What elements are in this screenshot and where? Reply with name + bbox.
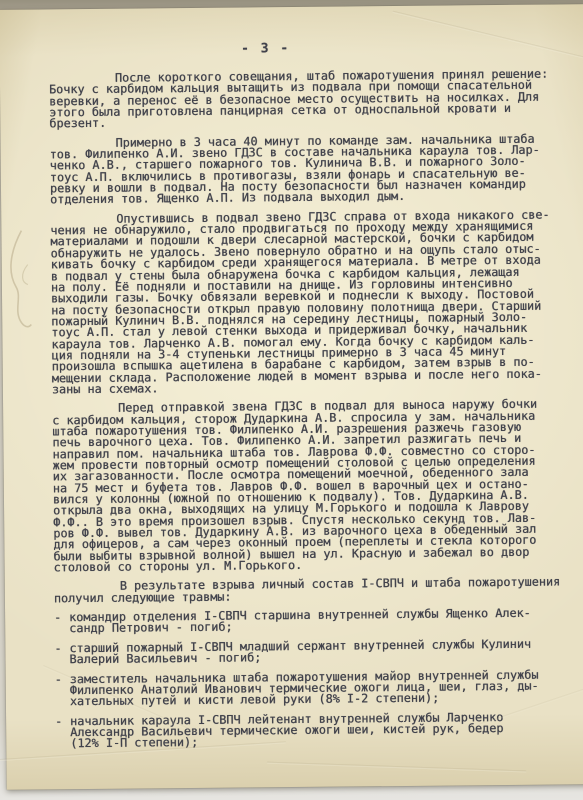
list-item-text: начальник караула I-СВПЧ лейтенант внутр…	[70, 711, 567, 750]
list-item: - старший пожарный I-СВПЧ младший сержан…	[54, 638, 566, 666]
list-dash: -	[54, 612, 69, 635]
list-dash: -	[55, 716, 70, 750]
list-dash: -	[54, 643, 69, 666]
list-item: - командир отделения I-СВПЧ старшина вну…	[54, 608, 566, 636]
list-item-text: старший пожарный I-СВПЧ младший сержант …	[69, 638, 566, 665]
list-dash: -	[55, 674, 70, 708]
paragraph-basement-search: Опустившись в подвал звено ГДЗС справа о…	[50, 209, 564, 395]
paragraph-gdzs-entry: Примерно в 3 часа 40 минут по команде за…	[50, 133, 563, 206]
pencil-mark	[3, 224, 44, 334]
page-number: - 3 -	[0, 38, 558, 59]
paper-crease	[267, 762, 527, 773]
scanned-document-photo: - 3 - После короткого совещания, штаб по…	[0, 0, 583, 800]
list-item: - заместитель начальника штаба пожаротуш…	[55, 669, 567, 708]
paragraph-decision: После короткого совещания, штаб пожароту…	[49, 68, 562, 130]
document-body: После короткого совещания, штаб пожароту…	[49, 68, 567, 749]
paragraph-before-dispatch: Перед отправкой звена ГДЗС в подвал для …	[52, 399, 566, 574]
list-item-text: заместитель начальника штаба пожаротушен…	[70, 669, 567, 708]
list-item: - начальник караула I-СВПЧ лейтенант вну…	[55, 711, 567, 750]
paragraph-injuries-intro: В результате взрыва личный состав I-СВПЧ…	[54, 577, 566, 605]
list-item-text: командир отделения I-СВПЧ старшина внутр…	[69, 608, 566, 635]
typewritten-page: - 3 - После короткого совещания, штаб по…	[0, 4, 583, 790]
